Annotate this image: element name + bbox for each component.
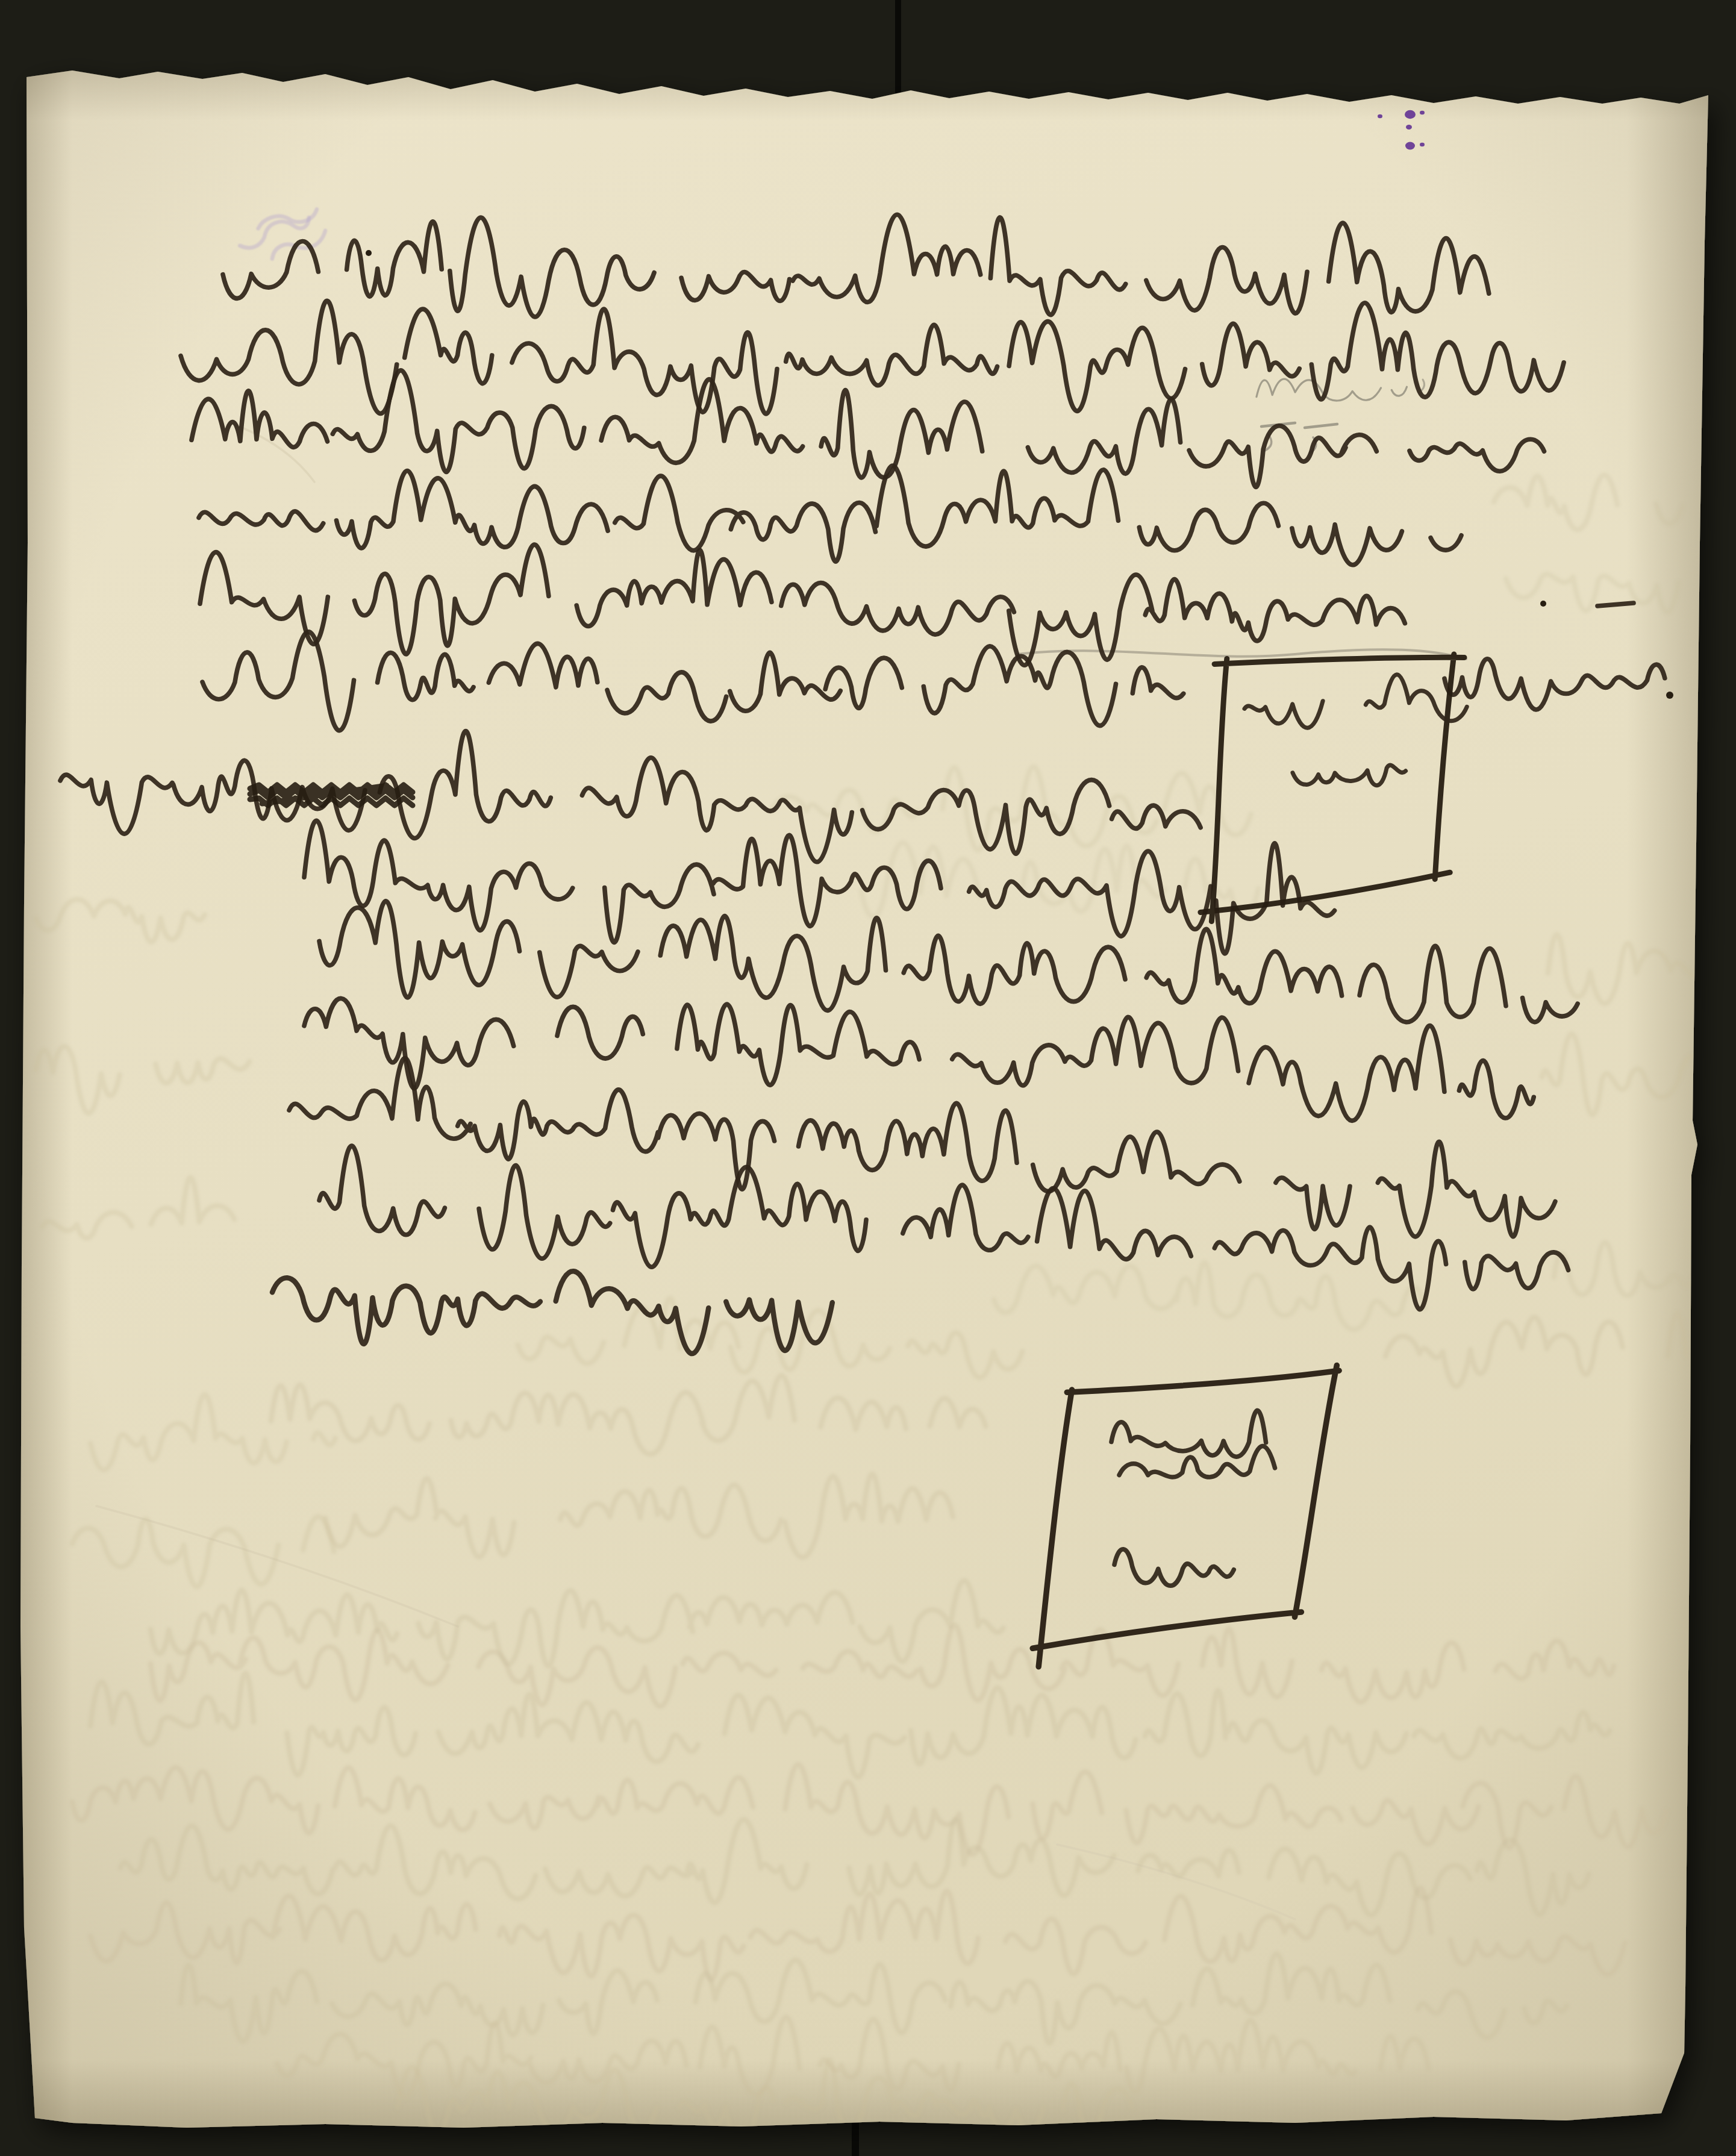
backdrop-seam-top — [895, 0, 901, 105]
manuscript-scan — [0, 0, 1736, 2156]
ink-dot-2 — [1540, 601, 1546, 607]
purple-dot-6 — [1420, 143, 1425, 146]
ink-dot-1 — [366, 250, 372, 256]
scanned-page-stage — [0, 0, 1736, 2156]
line-05-tail-dash — [1597, 603, 1634, 606]
ink-dot-3 — [1666, 692, 1673, 699]
purple-dot-5 — [1405, 142, 1415, 150]
purple-dot-3 — [1420, 111, 1425, 114]
purple-dot-4 — [1406, 125, 1412, 130]
purple-dot-1 — [1378, 114, 1382, 118]
purple-dot-2 — [1405, 110, 1416, 119]
